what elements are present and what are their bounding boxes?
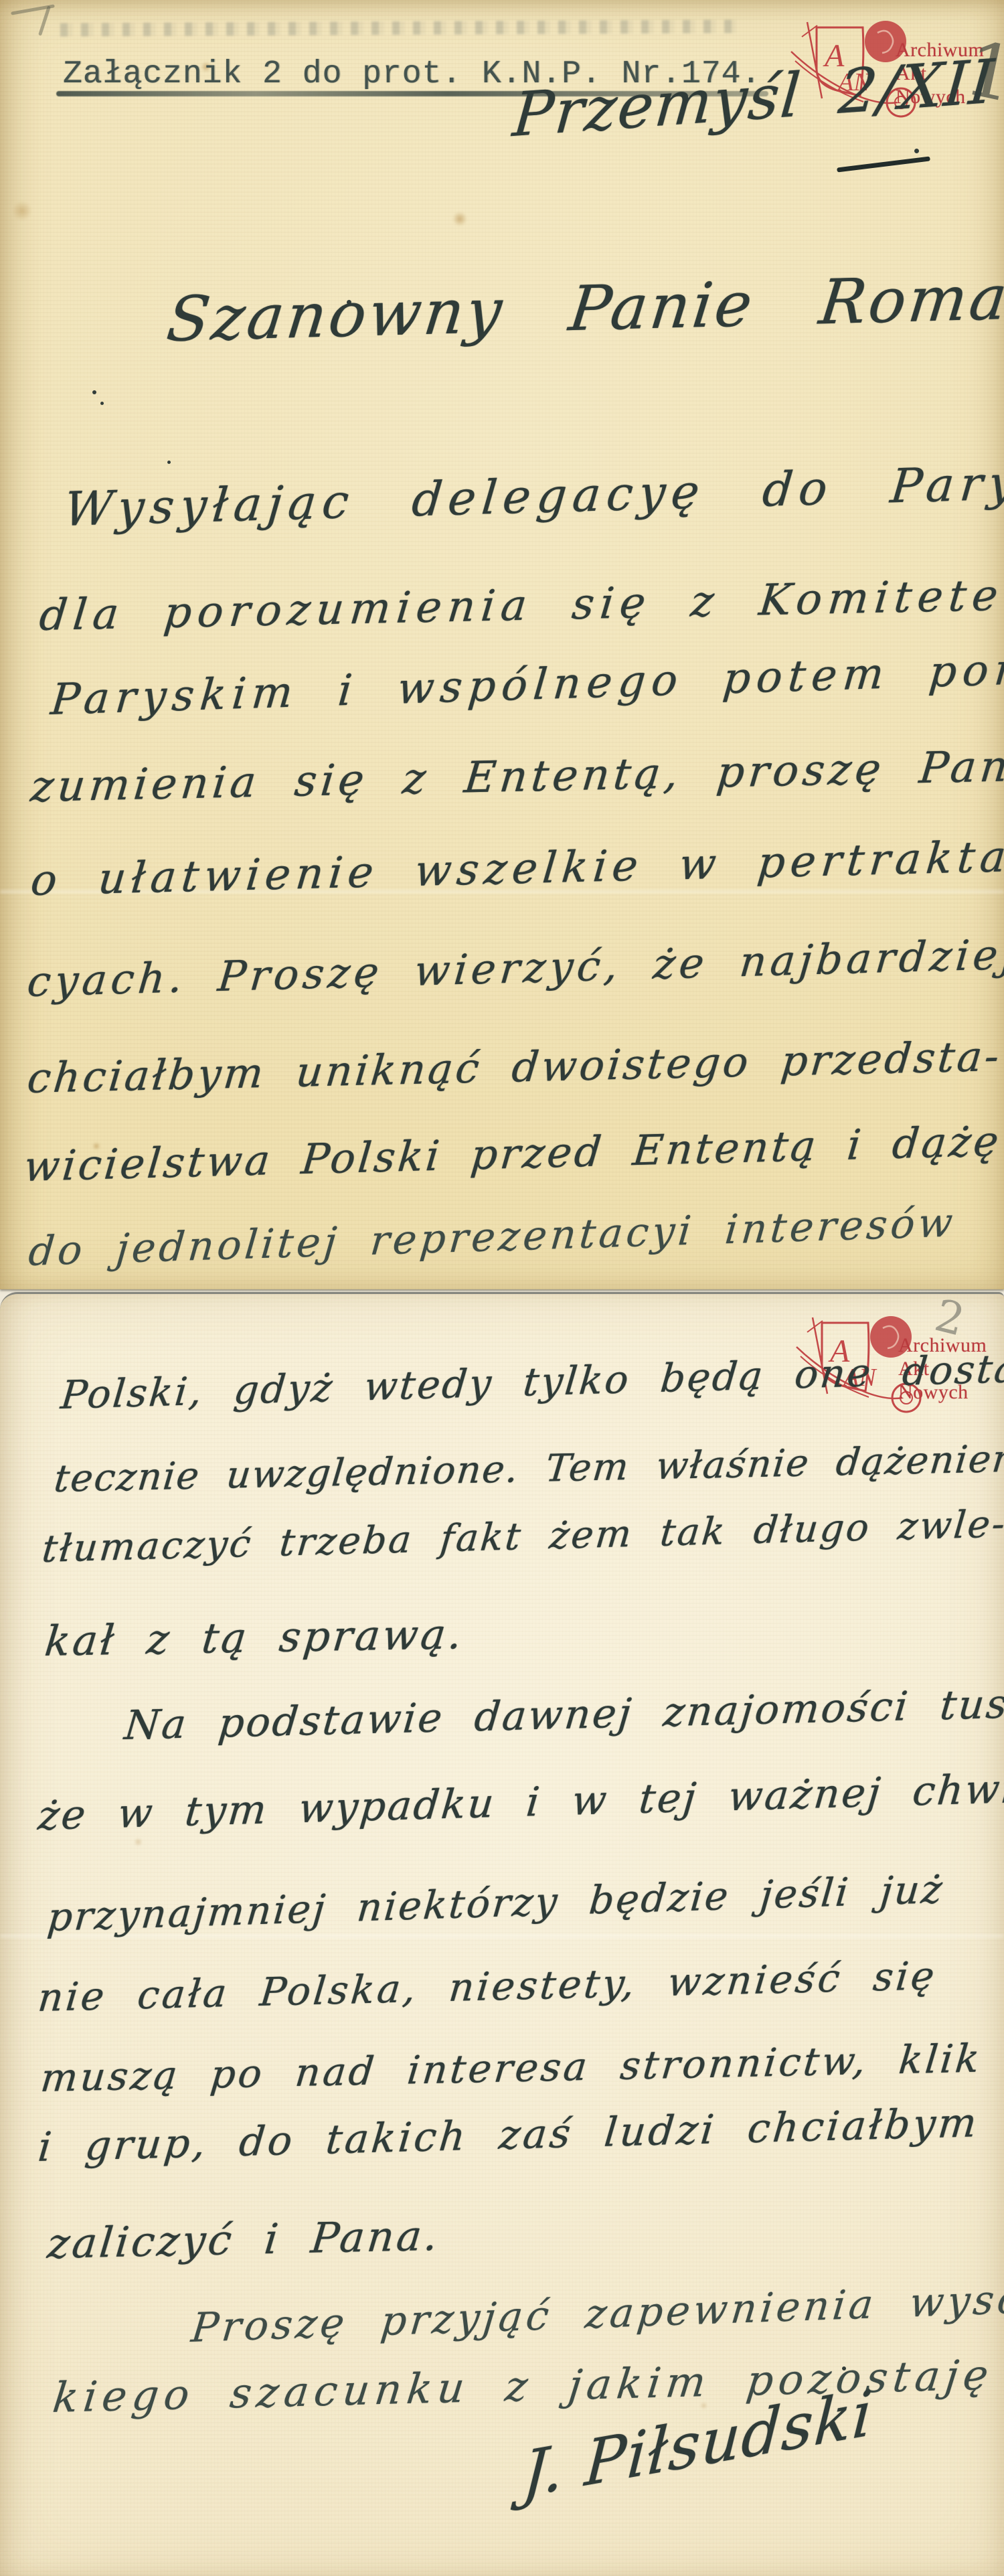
foxing-spot — [134, 1838, 143, 1846]
letter-line: zaliczyć i Pana. — [46, 2215, 442, 2265]
letter-scan: Załącznik 2 do prot. K.N.P. Nr.174. A AN… — [0, 0, 1004, 2576]
ink-speck — [914, 149, 919, 153]
ink-speck — [167, 461, 171, 464]
ink-speck — [100, 402, 104, 405]
foxing-spot — [12, 201, 32, 221]
ink-speck — [92, 390, 96, 394]
foxing-spot — [452, 212, 467, 226]
letter-line: kał z tą sprawą. — [43, 1613, 467, 1662]
